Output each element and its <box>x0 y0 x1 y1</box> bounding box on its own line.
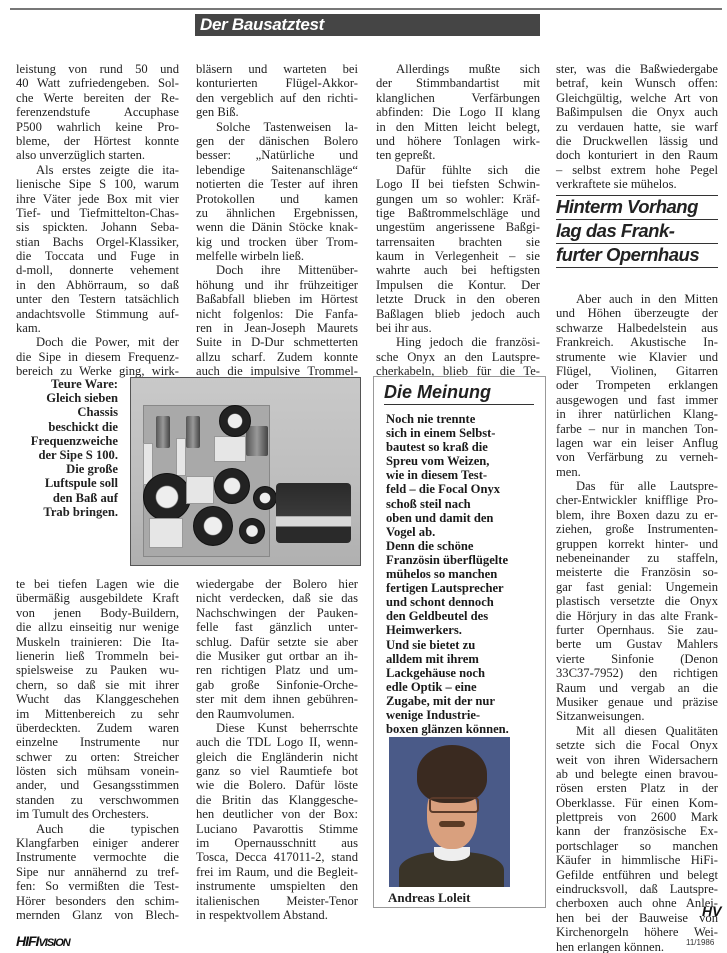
coil <box>193 506 233 546</box>
text-line: klanglichen Verfärbungen <box>376 91 540 105</box>
text-line: Klangfarben einiger anderer <box>16 836 179 850</box>
text-line: ster, was die Baßwiedergabe <box>556 62 718 76</box>
text-line: mühelos so manchen <box>386 567 541 581</box>
text-line: plettpreis von 2600 Mark <box>556 810 718 824</box>
text-line: Als erstes zeigte die ita- <box>16 163 179 177</box>
opinion-box: Die Meinung Noch nie trenntesich in eine… <box>373 376 546 908</box>
text-line: Musiker genaue und präzise <box>556 695 718 709</box>
text-line: der Sipe S 100. <box>20 448 118 462</box>
text-line: im Mittenbereich zu sehr <box>16 707 179 721</box>
text-line: höhung und ihr frühzeitiger <box>196 278 358 292</box>
text-line: Protokollen und kamen <box>196 192 358 206</box>
capacitor <box>186 416 200 448</box>
text-line: Suite in D-Dur schmetterten <box>196 335 358 349</box>
text-line: schoß steil nach <box>386 497 541 511</box>
text-line: Logo II bei tiefsten Schwin- <box>376 177 540 191</box>
text-line: sis spickten. Johann Seba- <box>16 220 179 234</box>
text-line: Solche Tastenweisen la- <box>196 120 358 134</box>
text-line: wahrte auch bei heftigsten <box>376 263 540 277</box>
text-line: bläsern und warteten bei <box>196 62 358 76</box>
portrait-collar <box>434 847 470 861</box>
text-line: mernden Glanz von Blech- <box>16 908 179 922</box>
text-line: 40 Watt zufriedengeben. Sol- <box>16 76 179 90</box>
text-line: bei ihr aus. <box>376 321 540 335</box>
text-line: Noch nie trennte <box>386 412 541 426</box>
text-line: wie die Bolero. Dafür löste <box>196 778 358 792</box>
text-line: gleich die Engländerin nicht <box>196 750 358 764</box>
text-line: berte um Gustav Mahlers <box>556 637 718 651</box>
text-line: Tosca, Decca 417011-2, stand <box>196 850 358 864</box>
text-line: Trab bringen. <box>20 505 118 519</box>
text-line: d-moll, donnerte vehement <box>16 263 179 277</box>
text-line: die Sipe in diesem Frequenz- <box>16 350 179 364</box>
text-line: Sipe nur annähernd zu tref- <box>16 865 179 879</box>
text-line: andachtsvolle Stimmung auf- <box>16 307 179 321</box>
text-line: von Verfärbung zu verneh- <box>556 450 718 464</box>
text-line: men. <box>556 465 718 479</box>
text-line: in ihrer natürlichen Klang- <box>556 407 718 421</box>
text-line: Allerdings mußte sich <box>376 62 540 76</box>
text-line: schwer zu orten: Streicher <box>16 750 179 764</box>
text-line: besser: „Natürliche und <box>196 148 358 162</box>
subheading: Hinterm Vorhang lag das Frank- furter Op… <box>556 195 718 268</box>
text-line: alldem mit ihrem <box>386 652 541 666</box>
text-line: furter Opernhaus. Sie zau- <box>556 623 718 637</box>
logo-hifi: HIFI <box>16 933 38 949</box>
text-line: wiedergabe der Bolero hier <box>196 577 358 591</box>
text-line: Aber auch in den Mitten <box>556 292 718 306</box>
text-line: den Geldbeutel des <box>386 609 541 623</box>
text-line: Luciano Pavarottis Stimme <box>196 822 358 836</box>
text-line: Spreu vom Weizen, <box>386 454 541 468</box>
text-line: die Britin das Klanggesche- <box>196 793 358 807</box>
text-line: ster mit dem ihnen gebühren- <box>196 692 358 706</box>
text-line: melfelle wirbeln ließ. <box>196 249 358 263</box>
text-line: lagen war ein leiser Anflug <box>556 436 718 450</box>
text-line: Mit all diesen Qualitäten <box>556 724 718 738</box>
magazine-logo: HIFIVISION <box>16 933 70 949</box>
text-line: im Opernausschnitt aus <box>196 836 358 850</box>
text-line: setzte sich die Focal Onyx <box>556 738 718 752</box>
text-line: ihre Väter jede Box mit vier <box>16 192 179 206</box>
crossover-photo <box>130 377 361 566</box>
text-line: Raum und vergab an die <box>556 681 718 695</box>
text-line: sich in einem Selbst- <box>386 426 541 440</box>
text-line: die Musiker gut ortbar an ih- <box>196 649 358 663</box>
text-line: Gleich sieben <box>20 391 118 405</box>
text-line: Auch die typischen <box>16 822 179 836</box>
text-line: Zugabe, mit der nur <box>386 694 541 708</box>
column-2-bottom: wiedergabe der Bolero hiernicht verdecke… <box>196 577 358 922</box>
text-line: die allzu einseitig nur wenige <box>16 620 179 634</box>
text-line: konturierten Flügel-Akkor- <box>196 76 358 90</box>
text-line: plastisch versetzte die Onyx <box>556 594 718 608</box>
text-line: standen zu verschwommen <box>16 793 179 807</box>
text-line: der Stimmbandartist mit <box>376 76 540 90</box>
text-line: oder Trompeten erklangen <box>556 378 718 392</box>
text-line: che Werte bereiten der Re- <box>16 91 179 105</box>
text-line: Französin überflügelte <box>386 553 541 567</box>
text-line: felle fast gänzlich unter- <box>196 620 358 634</box>
text-line: kaum in Verlegenheit – sie <box>376 249 540 263</box>
text-line: gruppen korrekt hinter- und <box>556 537 718 551</box>
text-line: lienische Sipe S 100, warum <box>16 177 179 191</box>
text-line: Hörer besonders den schim- <box>16 894 179 908</box>
text-line: Oberklasse. Für einen Kom- <box>556 796 718 810</box>
text-line: strumente wie Klavier und <box>556 350 718 364</box>
text-line: Baßimpulsen die Onyx auch <box>556 105 718 119</box>
text-line: ungestüm angerissene Baßgi- <box>376 220 540 234</box>
text-line: ab und belegte einen bravou- <box>556 767 718 781</box>
text-line: übermäßig ausgebildete Kraft <box>16 591 179 605</box>
text-line: abfinden: Die Logo II klang <box>376 105 540 119</box>
text-line: ganz so viel Raumtiefe bot <box>196 764 358 778</box>
text-line: überdeckten. Zudem waren <box>16 721 179 735</box>
portrait-hair <box>417 745 487 803</box>
opinion-text: Noch nie trenntesich in einem Selbst-bau… <box>386 412 541 736</box>
text-line: die Druckwellen lässig und <box>556 134 718 148</box>
text-line: kam. <box>16 321 179 335</box>
column-2-top: bläsern und warteten beikonturierten Flü… <box>196 62 358 379</box>
text-line: blem, ihre Boxen dazu zu er- <box>556 508 718 522</box>
text-line: notierten die Tester auf ihren <box>196 177 358 191</box>
text-line: Diese Kunst beherrschte <box>196 721 358 735</box>
text-line: Käufer in himmlische HiFi- <box>556 853 718 867</box>
text-line: nicht folgenlos: Die Fanfa- <box>196 307 358 321</box>
text-line: gab große Sinfonie-Orche- <box>196 678 358 692</box>
text-line: Frequenzweiche <box>20 434 118 448</box>
text-line: bautest so kraß die <box>386 440 541 454</box>
text-line: Gleichgültig, welche Art von <box>556 91 718 105</box>
text-line: verkraftete sie mühelos. <box>556 177 718 191</box>
text-line: Sitzanweisungen. <box>556 709 718 723</box>
text-line: gungen um so wohler: Kräf- <box>376 192 540 206</box>
text-line: Das für alle Lautspre- <box>556 479 718 493</box>
text-line: in respektvollem Abstand. <box>196 908 358 922</box>
text-line: im Tumult des Orchesters. <box>16 807 179 821</box>
photo-caption: Teure Ware:Gleich siebenChassisbeschickt… <box>20 377 118 519</box>
coil <box>214 468 250 504</box>
text-line: den Baß auf <box>20 491 118 505</box>
text-line: lösten sich mühsam vonein- <box>16 764 179 778</box>
text-line: kig und trocken über Trom- <box>196 235 358 249</box>
text-line: schlug. Dafür setzte sie aber <box>196 635 358 649</box>
text-line: feld – die Focal Onyx <box>386 482 541 496</box>
text-line: cher-Entwickler knifflige Pro- <box>556 493 718 507</box>
text-line: instrumente umspielten den <box>196 879 358 893</box>
text-line: Hing jedoch die französi- <box>376 335 540 349</box>
text-line: hen bei der Bauweise von <box>556 911 718 925</box>
section-title: Der Bausatztest <box>200 14 324 36</box>
text-line: te bei tiefen Lagen wie die <box>16 577 179 591</box>
text-line: Impulsen die Kontur. Der <box>376 278 540 292</box>
capacitor-block <box>149 518 183 548</box>
text-line: Chassis <box>20 405 118 419</box>
text-line: stian Bachs Orgel-Klassiker, <box>16 235 179 249</box>
text-line: ten gepreßt. <box>376 148 540 162</box>
text-line: beschickt die <box>20 420 118 434</box>
text-line: den vergeblich auf den richti- <box>196 91 358 105</box>
section-header-bar: Der Bausatztest <box>195 14 540 36</box>
text-line: auch die TDL Logo II, wenn- <box>196 735 358 749</box>
text-line: Denn die schöne <box>386 539 541 553</box>
text-line: rösen ersten Platz in der <box>556 781 718 795</box>
text-line: cherboxen auch ohne Anlei- <box>556 896 718 910</box>
text-line: Flügel, Violinen, Gitarren <box>556 364 718 378</box>
column-1-top: leistung von rund 50 und40 Watt zufriede… <box>16 62 179 379</box>
text-line: Die große <box>20 462 118 476</box>
author-portrait <box>389 737 510 887</box>
text-line: spielsweise zu Pauken wu- <box>16 663 179 677</box>
text-line: hen deutlicher von der Box: <box>196 807 358 821</box>
subheading-line: lag das Frank- <box>556 220 718 244</box>
text-line: Doch ihre Mittenüber- <box>196 263 358 277</box>
text-line: betraf, kein Wunsch offen: <box>556 76 718 90</box>
text-line: Muskeln trainieren: Die Ita- <box>16 635 179 649</box>
text-line: lebendige Saitenanschläge“ <box>196 163 358 177</box>
subheading-line: furter Opernhaus <box>556 244 718 268</box>
capacitor <box>156 416 170 448</box>
text-line: ziehen, große Instrumenten- <box>556 522 718 536</box>
coil <box>253 486 277 510</box>
text-line: weit von ihren Widersachern <box>556 753 718 767</box>
subheading-line: Hinterm Vorhang <box>556 195 718 220</box>
text-line: Instrumente vermochte die <box>16 850 179 864</box>
column-4-bottom: Aber auch in den Mittenund Höhen überzeu… <box>556 292 718 953</box>
text-line: und höhere Tonlagen wirk- <box>376 134 540 148</box>
text-line: Baßabfall blieben im Hörtest <box>196 292 358 306</box>
text-line: sche Onyx an den Lautspre- <box>376 350 540 364</box>
column-4-top: ster, was die Baßwiedergabebetraf, kein … <box>556 62 718 192</box>
text-line: zu verdauen hatte, sie warf <box>556 120 718 134</box>
text-line: ren richtigen Platz und um- <box>196 663 358 677</box>
text-line: ausgewogen und fast immer <box>556 393 718 407</box>
text-line: die Hörjury in das alte Frank- <box>556 609 718 623</box>
text-line: farbe – nur in manchen Ton- <box>556 422 718 436</box>
air-core-coil <box>276 483 351 543</box>
text-line: Teure Ware: <box>20 377 118 391</box>
text-line: gen der dänischen Bolero <box>196 134 358 148</box>
text-line: 33C37-7952) den richtigen <box>556 666 718 680</box>
text-line: ander, und Gesangsstimmen <box>16 778 179 792</box>
issue-date: 11/1986 <box>686 938 714 947</box>
text-line: schwarze Halbedelstein aus <box>556 321 718 335</box>
text-line: chern, so daß sie mit ihrer <box>16 678 179 692</box>
text-line: und Höhen überzeugte der <box>556 306 718 320</box>
text-line: tige Baßtrommelschläge und <box>376 206 540 220</box>
coil <box>219 405 251 437</box>
text-line: von jenen Body-Buildern, <box>16 606 179 620</box>
text-line: unter den Testern tatsächlich <box>16 292 179 306</box>
opinion-title: Die Meinung <box>384 380 534 405</box>
text-line: letzte Druck in den oberen <box>376 292 540 306</box>
text-line: lienerin ließ Trommeln bei- <box>16 649 179 663</box>
text-line: gar fast genial: Ungemein <box>556 580 718 594</box>
text-line: nebeneinander zu staffeln, <box>556 551 718 565</box>
text-line: Frankreich. Akustische In- <box>556 335 718 349</box>
text-line: italienischen Meister-Tenor <box>196 894 358 908</box>
text-line: Vogel ab. <box>386 525 541 539</box>
text-line: Luftspule soll <box>20 476 118 490</box>
text-line: kann der französische Ex- <box>556 824 718 838</box>
text-line: frei im Raum, und die Begleit- <box>196 865 358 879</box>
text-line: Tief- und Tiefmittelton-Chas- <box>16 206 179 220</box>
resistor <box>176 438 186 476</box>
text-line: tarrensaiten brachten sie <box>376 235 540 249</box>
text-line: wenige Industrie- <box>386 708 541 722</box>
text-line: ferenzendstufe Accuphase <box>16 105 179 119</box>
text-line: Heimwerkers. <box>386 623 541 637</box>
logo-vision: VISION <box>38 937 69 949</box>
coil <box>239 518 265 544</box>
text-line: edle Optik – eine <box>386 680 541 694</box>
text-line: in den Mitten leicht belegt, <box>376 120 540 134</box>
capacitor-block <box>186 476 214 504</box>
text-line: fen: So vermißten die Test- <box>16 879 179 893</box>
text-line: meisterte die Französin so- <box>556 565 718 579</box>
text-line: die Toccata und Fuge in <box>16 249 179 263</box>
text-line: doch konturiert in den Raum <box>556 148 718 162</box>
coil <box>143 473 191 521</box>
text-line: den Raumvolumen. <box>196 707 358 721</box>
text-line: wie in diesem Test- <box>386 468 541 482</box>
text-line: portschlager so manchen <box>556 839 718 853</box>
text-line: Doch die Power, mit der <box>16 335 179 349</box>
author-name: Andreas Loleit <box>388 890 470 906</box>
text-line: nicht verdecken, daß sie das <box>196 591 358 605</box>
top-rule <box>10 8 722 10</box>
text-line: fertigen Lautsprecher <box>386 581 541 595</box>
resistor <box>214 436 246 462</box>
text-line: – selbst extrem hohe Pegel <box>556 163 718 177</box>
portrait-glasses <box>429 797 479 813</box>
text-line: also unverzüglich starten. <box>16 148 179 162</box>
text-line: zu ähnlichen Ergebnissen, <box>196 206 358 220</box>
text-line: vierte Sinfonie (Denon <box>556 652 718 666</box>
text-line: Gefilde entführen und belegt <box>556 868 718 882</box>
capacitor <box>246 426 268 456</box>
text-line: gen Biß. <box>196 105 358 119</box>
text-line: oben und damit den <box>386 511 541 525</box>
text-line: Nachschwingen der Pauken- <box>196 606 358 620</box>
text-line: einzelne Instrumente nur <box>16 735 179 749</box>
column-1-bottom: te bei tiefen Lagen wie dieübermäßig aus… <box>16 577 179 922</box>
text-line: Dafür fühlte sich die <box>376 163 540 177</box>
signoff-mark: HV <box>702 903 721 919</box>
text-line: P500 wahrlich keine Pro- <box>16 120 179 134</box>
text-line: boxen glänzen können. <box>386 722 541 736</box>
text-line: wenn die Dänin Stöcke knak- <box>196 220 358 234</box>
text-line: bleme, der Hörtest konnte <box>16 134 179 148</box>
text-line: eindrucksvoll, daß Lautspre- <box>556 882 718 896</box>
text-line: Wucht das Klanggeschehen <box>16 692 179 706</box>
text-line: in den Abhörraum, so daß <box>16 278 179 292</box>
text-line: leistung von rund 50 und <box>16 62 179 76</box>
text-line: Lackgehäuse noch <box>386 666 541 680</box>
text-line: und schont dennoch <box>386 595 541 609</box>
portrait-mustache <box>439 821 465 827</box>
text-line: ren in Jean-Joseph Maurets <box>196 321 358 335</box>
text-line: allzu scharf. Zudem konnte <box>196 350 358 364</box>
text-line: Und sie bietet zu <box>386 638 541 652</box>
text-line: Baßlagen blieb jedoch auch <box>376 307 540 321</box>
column-3-top: Allerdings mußte sichder Stimmbandartist… <box>376 62 540 379</box>
